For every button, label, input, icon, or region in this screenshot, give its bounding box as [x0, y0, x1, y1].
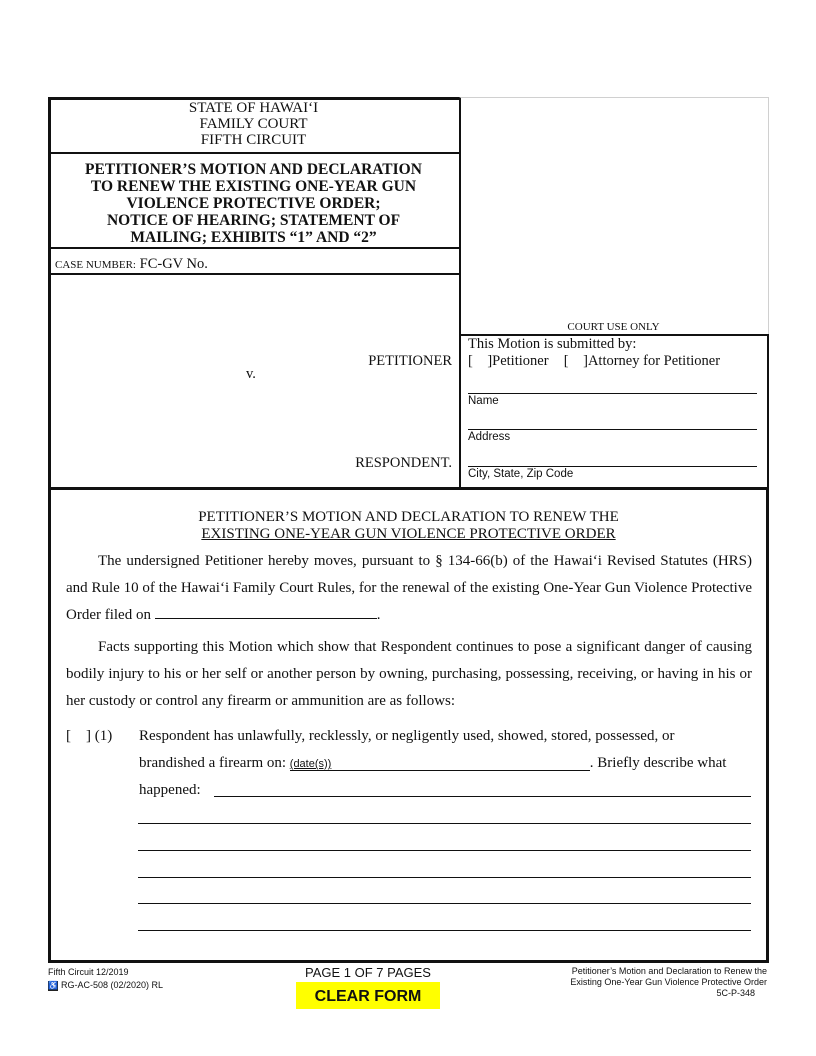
footer-right: Petitioner’s Motion and Declaration to R… [520, 966, 767, 999]
description-line[interactable] [214, 796, 751, 797]
section-title: PETITIONER’S MOTION AND DECLARATION TO R… [52, 509, 765, 543]
document-title: PETITIONER’S MOTION AND DECLARATION TO R… [48, 161, 459, 246]
petitioner-name-field[interactable] [58, 285, 448, 345]
period: . [377, 607, 381, 623]
page-number: PAGE 1 OF 7 PAGES [296, 965, 440, 980]
divider [48, 273, 459, 275]
respondent-name-field[interactable] [58, 385, 448, 445]
versus-label: v. [246, 366, 256, 383]
case-number-prefix: FC-GV No. [140, 256, 208, 272]
court-use-label: COURT USE ONLY [460, 321, 767, 333]
attorney-checkbox[interactable]: [ ]Attorney for Petitioner [564, 353, 720, 369]
happened-label: happened: [139, 782, 201, 798]
filed-on-date-field[interactable] [155, 604, 377, 619]
item1-line2-suffix: . Briefly describe what [590, 755, 727, 771]
item1-checkbox[interactable]: [ ] [66, 728, 91, 744]
submitted-by: This Motion is submitted by: [ ]Petition… [468, 336, 720, 370]
footer-circuit-date: Fifth Circuit 12/2019 [48, 966, 163, 979]
title-line: PETITIONER’S MOTION AND DECLARATION [48, 161, 459, 178]
item1-line1: Respondent has unlawfully, recklessly, o… [139, 728, 674, 745]
description-line[interactable] [138, 850, 751, 851]
item1-date-field[interactable]: (date(s)) [290, 755, 590, 771]
wheelchair-icon: ♿ [48, 981, 58, 991]
footer-left: Fifth Circuit 12/2019 ♿RG-AC-508 (02/202… [48, 966, 163, 992]
footer-title-line1: Petitioner’s Motion and Declaration to R… [520, 966, 767, 977]
description-line[interactable] [138, 823, 751, 824]
submitted-by-label: This Motion is submitted by: [468, 336, 720, 353]
section-title-line1: PETITIONER’S MOTION AND DECLARATION TO R… [52, 509, 765, 526]
description-line[interactable] [138, 903, 751, 904]
case-number-row: CASE NUMBER: FC-GV No. [55, 256, 411, 273]
title-line: NOTICE OF HEARING; STATEMENT OF [48, 212, 459, 229]
description-line[interactable] [138, 877, 751, 878]
item1-marker: [ ] (1) [66, 728, 112, 745]
respondent-label: RESPONDENT. [300, 455, 452, 472]
date-hint: (date(s)) [290, 758, 332, 770]
footer-form-number: 5C-P-348 [520, 988, 767, 999]
city-state-zip-input-line[interactable] [468, 466, 757, 467]
divider [48, 152, 459, 154]
name-input-line[interactable] [468, 393, 757, 394]
court-name: FAMILY COURT [48, 116, 459, 132]
court-header: STATE OF HAWAI‘I FAMILY COURT FIFTH CIRC… [48, 100, 459, 148]
title-line: VIOLENCE PROTECTIVE ORDER; [48, 195, 459, 212]
facts-paragraph: Facts supporting this Motion which show … [66, 634, 752, 715]
motion-paragraph: The undersigned Petitioner hereby moves,… [66, 548, 752, 629]
divider [48, 247, 459, 249]
description-line[interactable] [138, 930, 751, 931]
footer-title-line2: Existing One-Year Gun Violence Protectiv… [520, 977, 767, 988]
court-circuit: FIFTH CIRCUIT [48, 132, 459, 148]
address-field-label: Address [468, 431, 510, 443]
court-state: STATE OF HAWAI‘I [48, 100, 459, 116]
city-state-zip-field-label: City, State, Zip Code [468, 468, 573, 480]
petitioner-checkbox[interactable]: [ ]Petitioner [468, 353, 549, 369]
address-input-line[interactable] [468, 429, 757, 430]
item1-number: (1) [95, 728, 113, 744]
item1-line2-prefix: brandished a firearm on: [139, 755, 286, 771]
section-title-line2: EXISTING ONE-YEAR GUN VIOLENCE PROTECTIV… [52, 526, 765, 543]
name-field-label: Name [468, 395, 499, 407]
item1-line3: happened: [139, 782, 201, 799]
petitioner-label: PETITIONER [300, 353, 452, 370]
item1-line2: brandished a firearm on: (date(s)). Brie… [139, 755, 726, 772]
title-line: MAILING; EXHIBITS “1” AND “2” [48, 229, 459, 246]
case-number-label: CASE NUMBER: [55, 259, 136, 271]
footer-form-code: RG-AC-508 (02/2020) RL [61, 980, 163, 990]
title-line: TO RENEW THE EXISTING ONE-YEAR GUN [48, 178, 459, 195]
clear-form-button[interactable]: CLEAR FORM [296, 982, 440, 1009]
